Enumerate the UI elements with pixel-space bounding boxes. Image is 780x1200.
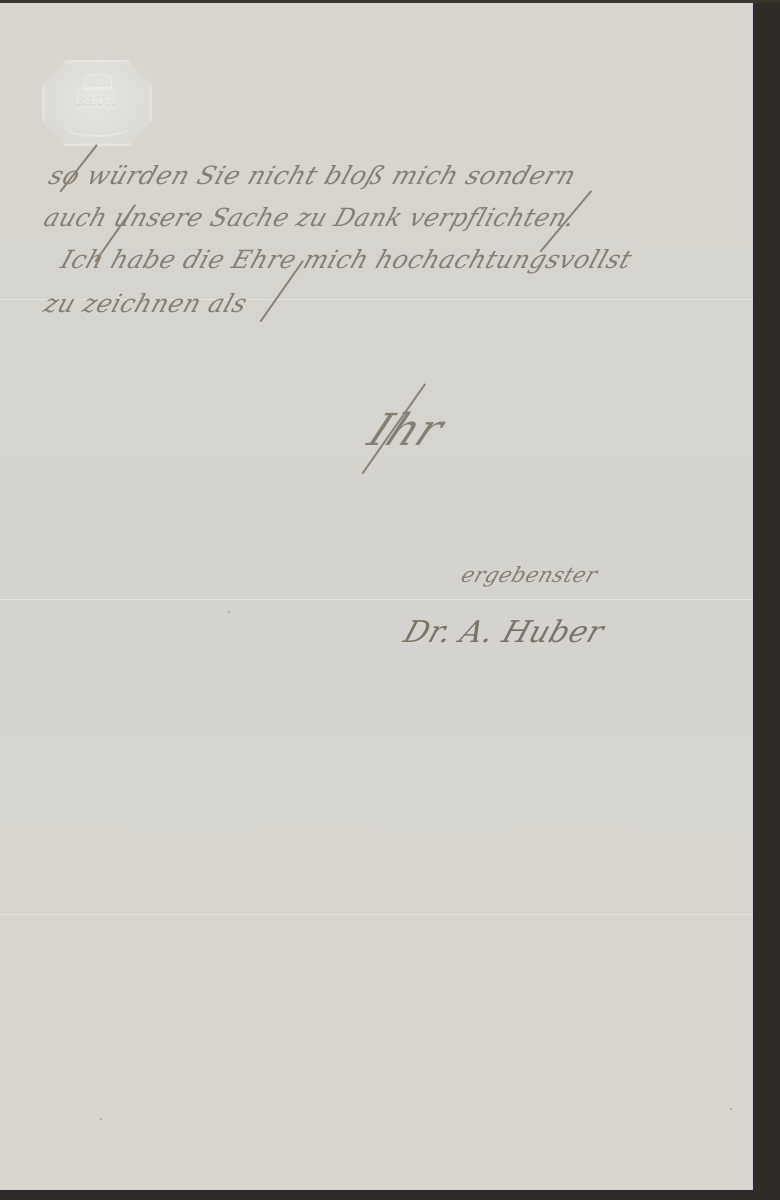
crown-icon	[84, 74, 112, 90]
paper-speck	[730, 1108, 732, 1110]
paper-speck	[228, 611, 230, 613]
letter-page: BATH so würden Sie nicht bloß mich sonde…	[0, 3, 753, 1190]
paper-speck	[100, 1118, 102, 1120]
letter-line-2: auch unsere Sache zu Dank verpflichten.	[40, 203, 579, 232]
paper-fold-line	[0, 598, 753, 601]
embossed-seal: BATH	[42, 60, 152, 146]
wreath-icon	[64, 115, 130, 137]
paper-fold-line	[0, 913, 753, 916]
letter-closing: Ihr	[360, 405, 452, 456]
letter-line-3: Ich habe die Ehre mich hochachtungsvolls…	[57, 245, 636, 274]
letter-line-1: so würden Sie nicht bloß mich sondern	[45, 161, 580, 190]
letter-signature: Dr. A. Huber	[399, 615, 608, 650]
seal-text: BATH	[42, 92, 152, 108]
letter-regards: ergebenster	[458, 563, 601, 587]
letter-line-4: zu zeichnen als	[40, 289, 251, 318]
